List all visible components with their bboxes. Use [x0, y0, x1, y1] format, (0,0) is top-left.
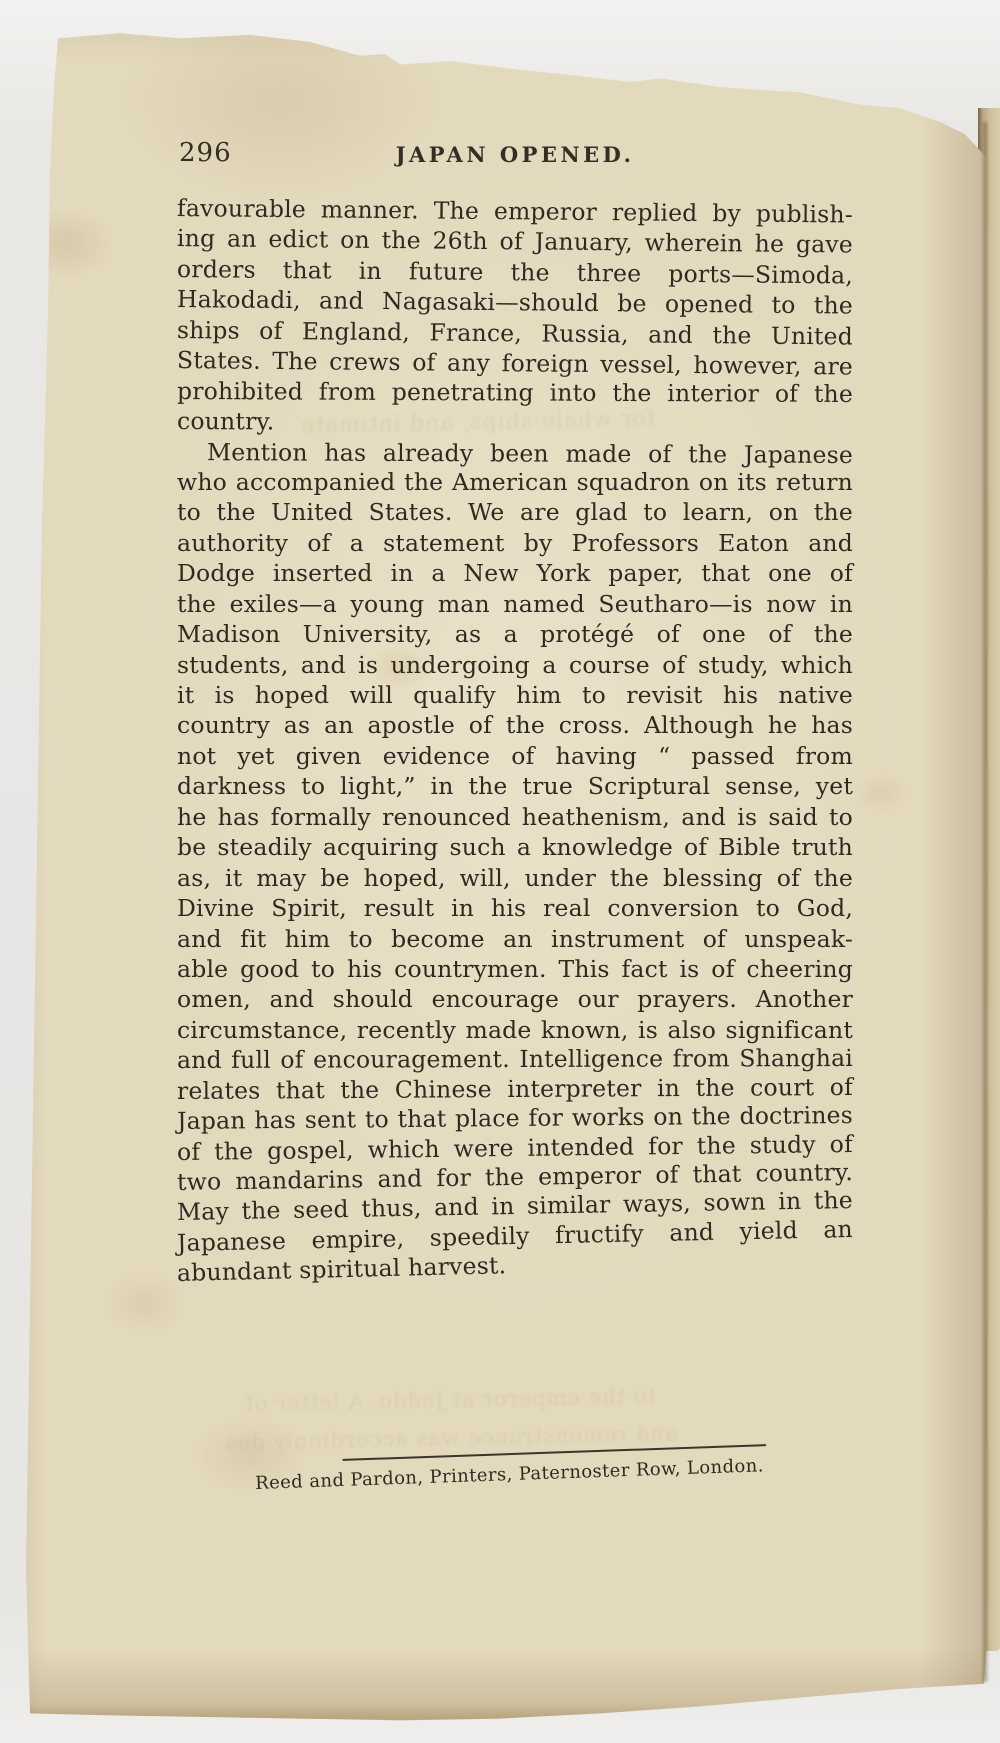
text-line: it is hoped will qualify him to revisit …: [177, 680, 853, 710]
text-line: he has formally renounced heathenism, an…: [177, 802, 853, 832]
text-line: the exiles—a young man named Seutharo—is…: [177, 589, 853, 619]
text-line: country as an apostle of the cross. Alth…: [177, 710, 853, 740]
text-line: and full of encouragement. Intelligence …: [177, 1043, 853, 1075]
book-page-photo: for whale-ships, and intimateto the empe…: [0, 0, 1000, 1743]
text-line: authority of a statement by Professors E…: [177, 528, 853, 558]
text-line: who accompanied the American squadron on…: [177, 467, 853, 497]
text-line: as, it may be hoped, will, under the ble…: [177, 863, 853, 893]
text-line: students, and is undergoing a course of …: [177, 650, 853, 680]
text-line: Mention has already been made of the Jap…: [177, 437, 853, 470]
text-line: country.: [177, 406, 853, 439]
text-line: be steadily acquiring such a knowledge o…: [177, 832, 853, 862]
running-head-title: JAPAN OPENED.: [177, 142, 853, 167]
book-page: for whale-ships, and intimateto the empe…: [0, 0, 1000, 1743]
text-line: and fit him to become an instrument of u…: [177, 924, 853, 954]
gutter-crease-shadow: [981, 122, 988, 1682]
text-line: Madison University, as a protégé of one …: [177, 619, 853, 649]
text-line: Divine Spirit, result in his real conver…: [177, 893, 853, 923]
text-line: omen, and should encourage our prayers. …: [177, 984, 853, 1014]
text-line: prohibited from penetrating into the int…: [177, 376, 853, 409]
text-line: Dodge inserted in a New York paper, that…: [177, 558, 853, 588]
body-text: favourable manner. The emperor replied b…: [177, 193, 853, 1289]
text-line: able good to his countrymen. This fact i…: [177, 954, 853, 984]
page-header: 296 JAPAN OPENED.: [177, 138, 853, 172]
text-line: circumstance, recently made known, is al…: [177, 1015, 853, 1045]
text-line: to the United States. We are glad to lea…: [177, 497, 853, 527]
text-line: darkness to light,” in the true Scriptur…: [177, 771, 853, 801]
text-line: not yet given evidence of having “ passe…: [177, 741, 853, 771]
show-through-text: to the emperor at Jeddo. A letter of: [245, 1384, 656, 1417]
